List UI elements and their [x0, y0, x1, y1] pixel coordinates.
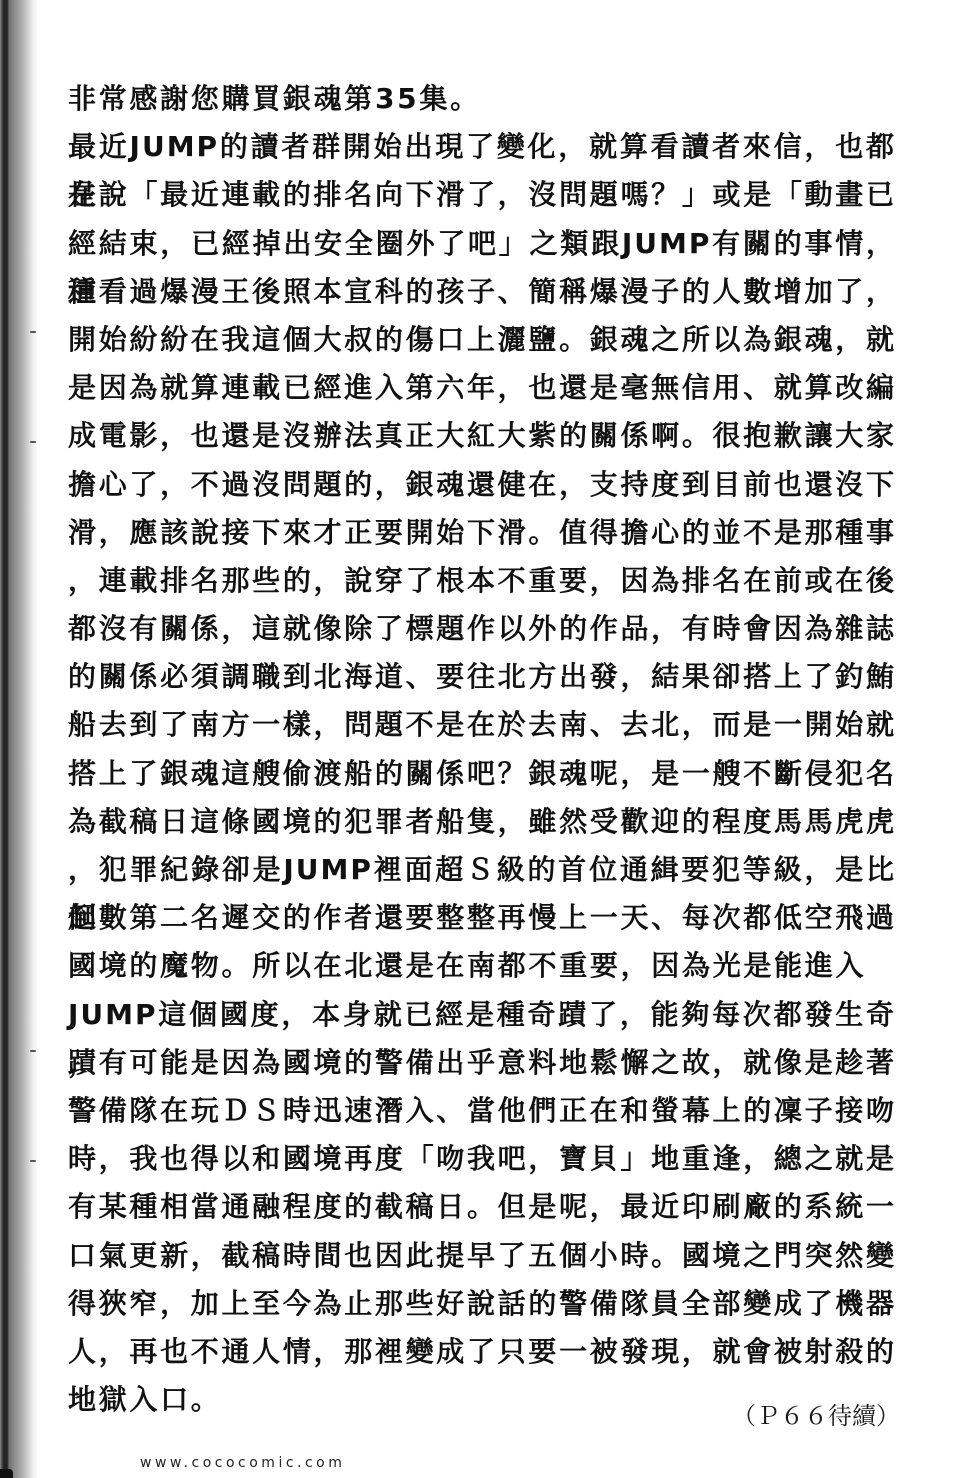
- text-line: 種看過爆漫王後照本宣科的孩子、簡稱爆漫子的人數增加了，: [68, 268, 896, 316]
- binding-mark: [30, 1050, 36, 1052]
- text-line: 船去到了南方一樣，問題不是在於去南、去北，而是一開始就: [68, 701, 896, 749]
- text-line: 為截稿日這條國境的犯罪者船隻，雖然受歡迎的程度馬馬虎虎: [68, 798, 896, 846]
- text-line: 滑，應該說接下來才正要開始下滑。值得擔心的並不是那種事: [68, 509, 896, 557]
- text-line: 口氣更新，截稿時間也因此提早了五個小時。國境之門突然變: [68, 1232, 896, 1280]
- text-line: JUMP這個國度，本身就已經是種奇蹟了，能夠每次都發生奇蹟: [68, 991, 896, 1039]
- text-line: 最近JUMP的讀者群開始出現了變化，就算看讀者來信，也都是: [68, 123, 896, 171]
- binding-mark: [30, 331, 36, 333]
- text-line: ，連載排名那些的，說穿了根本不重要，因為排名在前或在後: [68, 557, 896, 605]
- binding-mark: [30, 441, 36, 443]
- binding-shadow: [0, 0, 38, 1478]
- text-line: 是因為就算連載已經進入第六年，也還是毫無信用、就算改編: [68, 364, 896, 412]
- text-line: ，犯罪紀錄卻是JUMP裡面超Ｓ級的首位通緝要犯等級，是比起: [68, 846, 896, 894]
- text-line: 都沒有關係，這就像除了標題作以外的作品，有時會因為雜誌: [68, 605, 896, 653]
- text-line: 的關係必須調職到北海道、要往北方出發，結果卻搭上了釣鮪: [68, 653, 896, 701]
- binding-mark: [30, 1160, 36, 1162]
- continued-note: （Ｐ６６待續）: [732, 1403, 900, 1429]
- text-line: 警備隊在玩ＤＳ時迅速潛入、當他們正在和螢幕上的凜子接吻: [68, 1087, 896, 1135]
- scan-corner-blot: [0, 1469, 13, 1478]
- text-line: 搭上了銀魂這艘偷渡船的關係吧？銀魂呢，是一艘不斷侵犯名: [68, 750, 896, 798]
- watermark: www.cococomic.com: [140, 1455, 345, 1471]
- text-line: 成電影，也還是沒辦法真正大紅大紫的關係啊。很抱歉讓大家: [68, 412, 896, 460]
- text-line: 有某種相當通融程度的截稿日。但是呢，最近印刷廠的系統一: [68, 1183, 896, 1231]
- text-line: 在說「最近連載的排名向下滑了，沒問題嗎？」或是「動畫已: [68, 171, 896, 219]
- book-page: 非常感謝您購買銀魂第35集。 最近JUMP的讀者群開始出現了變化，就算看讀者來信…: [0, 0, 960, 1478]
- text-line: 經結束，已經掉出安全圈外了吧」之類跟JUMP有關的事情，這: [68, 220, 896, 268]
- text-line: 時，我也得以和國境再度「吻我吧，寶貝」地重逢，總之就是: [68, 1135, 896, 1183]
- text-line: 開始紛紛在我這個大叔的傷口上灑鹽。銀魂之所以為銀魂，就: [68, 316, 896, 364]
- text-line: 擔心了，不過沒問題的，銀魂還健在，支持度到目前也還沒下: [68, 461, 896, 509]
- text-line: 非常感謝您購買銀魂第35集。: [68, 75, 896, 123]
- text-line: 倒數第二名遲交的作者還要整整再慢上一天、每次都低空飛過: [68, 894, 896, 942]
- text-line: ，有可能是因為國境的警備出乎意料地鬆懈之故，就像是趁著: [68, 1039, 896, 1087]
- text-line: 得狹窄，加上至今為止那些好說話的警備隊員全部變成了機器: [68, 1280, 896, 1328]
- text-line: 國境的魔物。所以在北還是在南都不重要，因為光是能進入: [68, 942, 896, 990]
- afterword-text: 非常感謝您購買銀魂第35集。 最近JUMP的讀者群開始出現了變化，就算看讀者來信…: [68, 75, 896, 1424]
- text-line: 人，再也不通人情，那裡變成了只要一被發現，就會被射殺的: [68, 1328, 896, 1376]
